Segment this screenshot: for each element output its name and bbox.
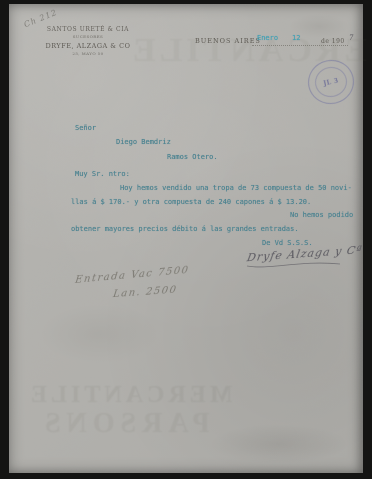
letter-greeting: Muy Sr. ntro: — [75, 170, 130, 178]
signature-flourish — [245, 256, 345, 270]
stamp-inner-ring: JL 3 — [312, 64, 350, 100]
letterhead-line-4: 25, MAYO 50 — [45, 51, 131, 56]
paper-stain — [209, 424, 349, 464]
dateline-printed-year: de 190 — [321, 38, 345, 45]
letterhead-line-3: DRYFE, ALZAGA & CO — [45, 42, 131, 50]
body-line-4: obtener mayores precios débito á las gra… — [71, 225, 299, 233]
recipient-place: Ramos Otero. — [167, 153, 218, 161]
ghost-bleedthrough-text-bottom-1: MERCANTILE — [27, 382, 232, 409]
letterhead-line-1: SANTOS URETÉ & CIA — [45, 26, 131, 33]
paper-stain — [39, 304, 159, 364]
letterhead: SANTOS URETÉ & CIA SUCESORES DRYFE, ALZA… — [45, 26, 131, 56]
ghost-bleedthrough-text-bottom-2: PARSONS — [39, 408, 210, 440]
dateline-typed-day: 12 — [292, 34, 300, 42]
dateline-typed-month: Enero — [257, 34, 278, 42]
recipient-name: Diego Bemdriz — [116, 138, 171, 146]
scanned-letter-screenshot: { "page": { "annotation_top_left": "Ch 2… — [0, 0, 372, 479]
dateline-city: BUENOS AIRES — [195, 37, 261, 45]
body-line-3: No hemos podido — [290, 211, 353, 219]
letterhead-line-2: SUCESORES — [45, 34, 131, 39]
dateline-written-year-digit: 7 — [349, 34, 353, 42]
pencil-note-line-2: Lan. 2500 — [112, 285, 178, 301]
stamp-center-text: JL 3 — [323, 77, 339, 87]
body-line-2: llas á $ 170.- y otra compuesta de 240 c… — [71, 198, 311, 206]
letter-closing: De Vd S.S.S. — [262, 239, 313, 247]
letter-paper: MERCANTILE MERCANTILE PARSONS Ch 212 SAN… — [9, 4, 363, 473]
recipient-salutation: Señor — [75, 124, 96, 132]
pencil-note-line-1: Entrada Vac 7500 — [75, 265, 190, 286]
body-line-1: Hoy hemos vendido una tropa de 73 compue… — [120, 184, 352, 192]
